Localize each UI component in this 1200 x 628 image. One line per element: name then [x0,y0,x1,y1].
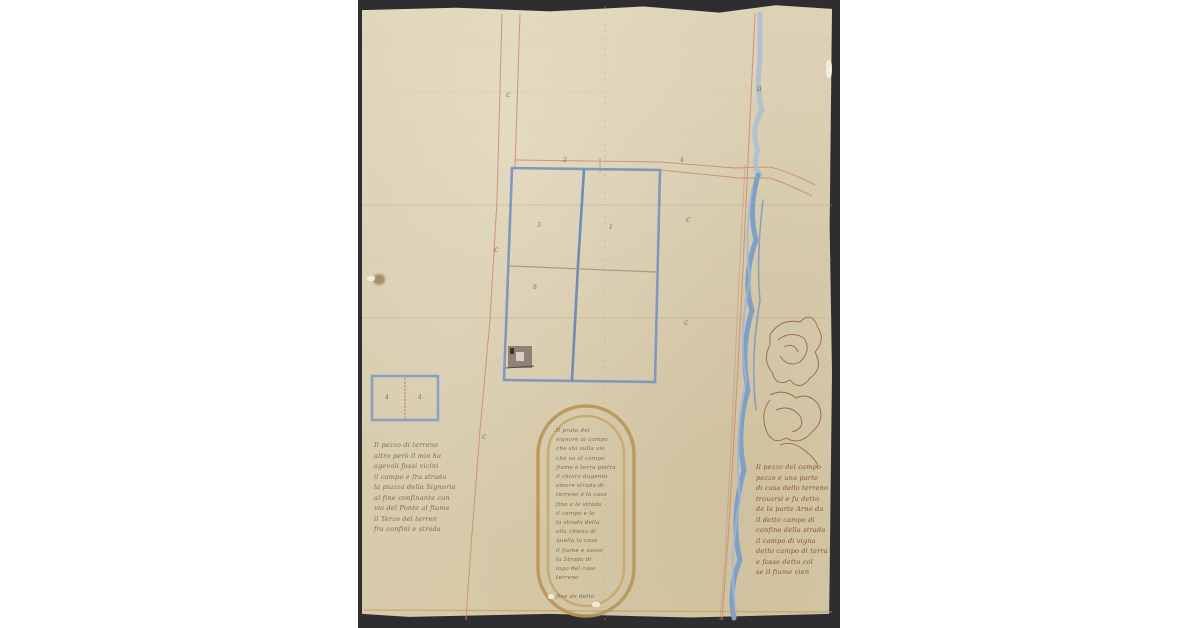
road-mark: 2 [563,157,567,164]
paper-hole [367,276,375,281]
label-c: c [494,245,498,254]
plot-number: 8 [533,284,537,291]
small-plot [372,376,438,420]
plot-number: 4 [385,394,389,401]
note-oval: Il prato del signore al campo che sta su… [556,427,616,602]
plot-number: 1 [609,224,613,231]
plot-number: 4 [418,394,422,401]
paper-hole [592,602,600,607]
note-right: Il pezzo del campo pezzo e una parte di … [756,462,828,578]
paper-hole [548,594,554,599]
label-c: c [506,90,510,99]
building-sketch [506,346,534,368]
road-mark: 4 [680,157,684,164]
label-c: c [686,215,690,224]
label-a: a [757,84,762,93]
label-c: c [684,318,688,327]
label-c: c [482,432,486,441]
plot-number: 3 [537,222,541,229]
paper-hole [826,60,832,78]
hills-sketch [764,317,822,466]
note-left: Il pezzo di terreno altro però il mio ha… [374,440,456,535]
